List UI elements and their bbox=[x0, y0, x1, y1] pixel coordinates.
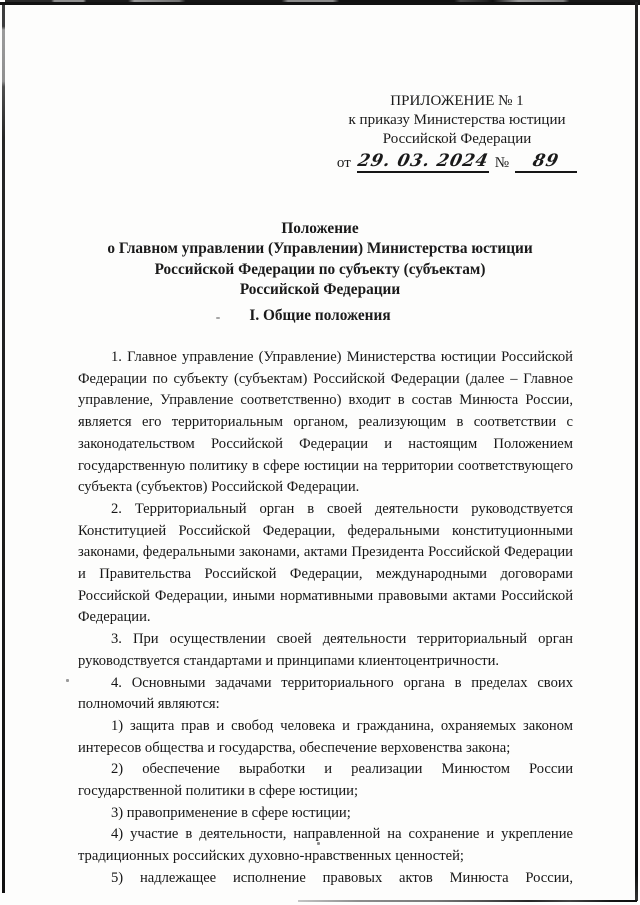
scan-border-right bbox=[635, 2, 638, 901]
scan-border-left bbox=[2, 5, 5, 893]
title-line: о Главном управлении (Управлении) Минист… bbox=[50, 239, 590, 259]
paragraph: 5) надлежащее исполнение правовых актов … bbox=[78, 868, 573, 890]
document-title: Положение о Главном управлении (Управлен… bbox=[50, 219, 590, 301]
number-field-underline: 89 bbox=[515, 151, 577, 173]
scan-speck bbox=[66, 679, 69, 682]
paragraph: 1) защита прав и свобод человека и гражд… bbox=[78, 716, 573, 759]
order-reference-line-1: к приказу Министерства юстиции bbox=[315, 111, 599, 130]
scan-border-top bbox=[0, 0, 640, 5]
title-line: Российской Федерации bbox=[50, 280, 590, 300]
document-body: 1. Главное управление (Управление) Минис… bbox=[78, 347, 573, 890]
paragraph: 3) правоприменение в сфере юстиции; bbox=[78, 803, 573, 825]
scan-border-bottom bbox=[298, 900, 637, 902]
document-page: ПРИЛОЖЕНИЕ № 1 к приказу Министерства юс… bbox=[0, 0, 640, 905]
appendix-header: ПРИЛОЖЕНИЕ № 1 к приказу Министерства юс… bbox=[315, 92, 599, 173]
paragraph: 2) обеспечение выработки и реализации Ми… bbox=[78, 759, 573, 802]
from-label: от bbox=[337, 154, 351, 173]
date-field-underline: 29. 03. 2024 bbox=[357, 151, 489, 173]
title-line: Российской Федерации по субъекту (субъек… bbox=[50, 260, 590, 280]
order-date-number-line: от 29. 03. 2024 № 89 bbox=[315, 151, 599, 173]
order-reference-line-2: Российской Федерации bbox=[315, 130, 599, 149]
paragraph: 3. При осуществлении своей деятельности … bbox=[78, 629, 573, 672]
title-line: Положение bbox=[50, 219, 590, 239]
paragraph: 4. Основными задачами территориального о… bbox=[78, 673, 573, 716]
paragraph: 4) участие в деятельности, направленной … bbox=[78, 824, 573, 867]
paragraph: 2. Территориальный орган в своей деятель… bbox=[78, 499, 573, 629]
appendix-number-line: ПРИЛОЖЕНИЕ № 1 bbox=[315, 92, 599, 111]
number-sign: № bbox=[495, 154, 509, 173]
section-heading: I. Общие положения bbox=[50, 307, 590, 325]
handwritten-date: 29. 03. 2024 bbox=[356, 152, 490, 171]
handwritten-number: 89 bbox=[531, 152, 561, 171]
paragraph: 1. Главное управление (Управление) Минис… bbox=[78, 347, 573, 499]
